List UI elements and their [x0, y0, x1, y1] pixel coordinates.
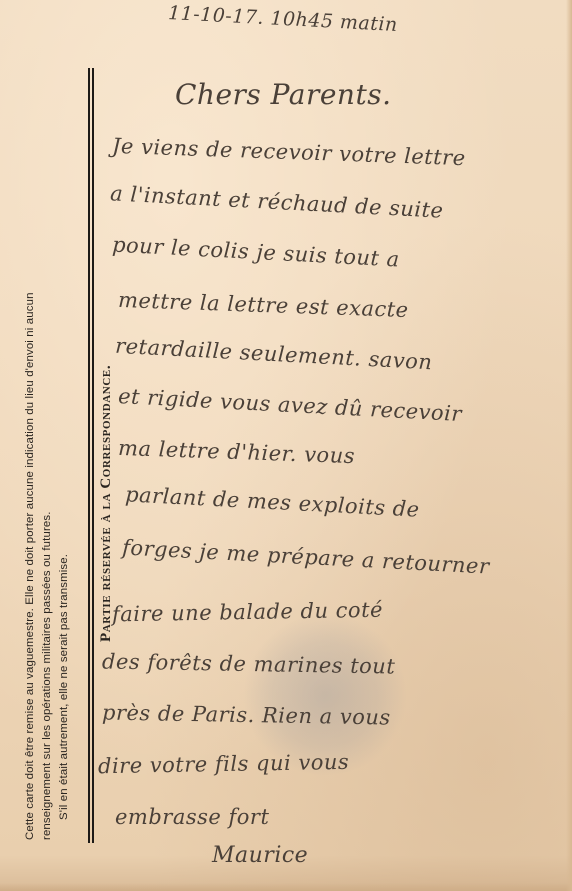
printed-instructions: Cette carte doit être remise au vaguemes… — [22, 60, 78, 840]
letter-line-3: pour le colis je suis tout a — [112, 232, 401, 271]
instruction-line-1: Cette carte doit être remise au vaguemes… — [22, 60, 39, 840]
divider-rule-left — [88, 68, 90, 843]
letter-line-6: et rigide vous avez dû recevoir — [118, 384, 463, 426]
letter-line-9: forges je me prépare a retourner — [122, 535, 490, 578]
divider-rule-right — [92, 68, 94, 843]
letter-line-12: près de Paris. Rien a vous — [102, 700, 391, 729]
letter-line-10: faire une balade du coté — [112, 598, 383, 627]
letter-line-5: retardaille seulement. savon — [115, 334, 433, 375]
postcard: Cette carte doit être remise au vaguemes… — [0, 0, 572, 891]
card-edge-bottom — [0, 883, 572, 891]
correspondence-section-label: Partie réservée à la Correspondance. — [98, 250, 120, 642]
instruction-line-2: renseignement sur les opérations militai… — [39, 60, 56, 840]
letter-line-13: dire votre fils qui vous — [98, 750, 350, 778]
letter-line-2: a l'instant et réchaud de suite — [110, 181, 445, 222]
date-line: 11-10-17. 10h45 matin — [168, 2, 399, 36]
letter-line-14: embrasse fort — [115, 805, 269, 829]
salutation: Chers Parents. — [175, 78, 391, 111]
letter-line-11: des forêts de marines tout — [102, 649, 396, 678]
instruction-line-3: S'il en était autrement, elle ne serait … — [56, 60, 73, 840]
letter-line-7: ma lettre d'hier. vous — [118, 436, 356, 468]
letter-line-8: parlant de mes exploits de — [125, 482, 421, 521]
letter-line-1: Je viens de recevoir votre lettre — [112, 134, 466, 170]
signature: Maurice — [212, 843, 308, 868]
card-edge-right — [566, 0, 572, 891]
letter-line-4: mettre la lettre est exacte — [118, 288, 409, 322]
